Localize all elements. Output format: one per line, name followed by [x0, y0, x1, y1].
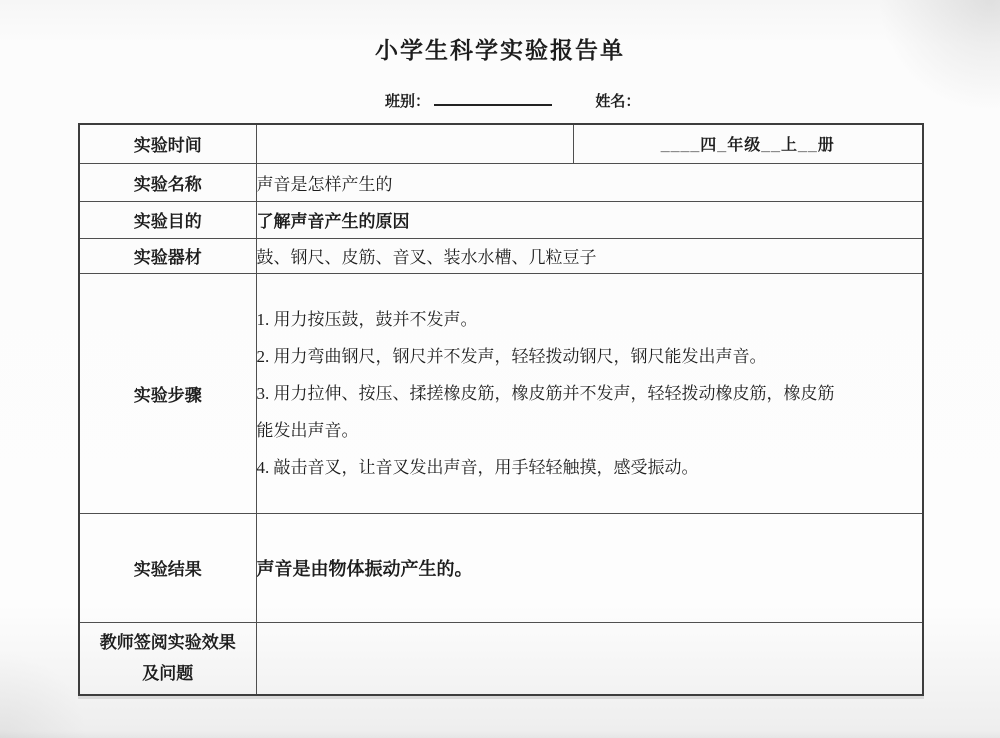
row-experiment-time: 实验时间 ____四_年级__上__册	[79, 124, 923, 163]
teacher-review-value	[256, 622, 923, 695]
page-title: 小学生科学实验报告单	[0, 0, 1000, 65]
teacher-review-label: 教师签阅实验效果及问题	[79, 622, 256, 695]
step-1: 1. 用力按压鼓，鼓并不发声。	[257, 301, 835, 338]
experiment-name-label: 实验名称	[79, 163, 256, 201]
row-teacher-review: 教师签阅实验效果及问题	[79, 622, 923, 695]
experiment-time-value	[256, 124, 573, 163]
row-experiment-materials: 实验器材 鼓、钢尺、皮筋、音叉、装水水槽、几粒豆子	[79, 238, 923, 273]
class-label: 班别：	[385, 93, 430, 110]
name-label: 姓名：	[595, 93, 640, 110]
experiment-steps-value: 1. 用力按压鼓，鼓并不发声。 2. 用力弯曲钢尺，钢尺并不发声，轻轻拨动钢尺，…	[256, 273, 923, 513]
row-experiment-result: 实验结果 声音是由物体振动产生的。	[79, 513, 923, 622]
class-name-line: 班别： 姓名：	[385, 90, 1000, 112]
experiment-purpose-value: 了解声音产生的原因	[256, 201, 923, 238]
row-experiment-name: 实验名称 声音是怎样产生的	[79, 163, 923, 201]
experiment-purpose-label: 实验目的	[79, 201, 256, 238]
step-3: 3. 用力拉伸、按压、揉搓橡皮筋，橡皮筋并不发声，轻轻拨动橡皮筋，橡皮筋能发出声…	[257, 375, 835, 449]
grade-volume-text: ____四_年级__上__册	[573, 124, 923, 163]
row-experiment-purpose: 实验目的 了解声音产生的原因	[79, 201, 923, 238]
experiment-name-value: 声音是怎样产生的	[256, 163, 923, 201]
row-experiment-steps: 实验步骤 1. 用力按压鼓，鼓并不发声。 2. 用力弯曲钢尺，钢尺并不发声，轻轻…	[79, 273, 923, 513]
experiment-result-label: 实验结果	[79, 513, 256, 622]
experiment-materials-label: 实验器材	[79, 238, 256, 273]
step-4: 4. 敲击音叉，让音叉发出声音，用手轻轻触摸，感受振动。	[257, 449, 835, 486]
experiment-time-label: 实验时间	[79, 124, 256, 163]
step-2: 2. 用力弯曲钢尺，钢尺并不发声，轻轻拨动钢尺，钢尺能发出声音。	[257, 338, 835, 375]
class-blank-line	[434, 91, 552, 106]
experiment-materials-value: 鼓、钢尺、皮筋、音叉、装水水槽、几粒豆子	[256, 238, 923, 273]
experiment-result-value: 声音是由物体振动产生的。	[256, 513, 923, 622]
experiment-steps-label: 实验步骤	[79, 273, 256, 513]
experiment-report-table: 实验时间 ____四_年级__上__册 实验名称 声音是怎样产生的 实验目的 了…	[78, 123, 924, 696]
scanned-report-page: 小学生科学实验报告单 班别： 姓名： 实验时间 ____四_年级__上__册 实…	[0, 0, 1000, 738]
